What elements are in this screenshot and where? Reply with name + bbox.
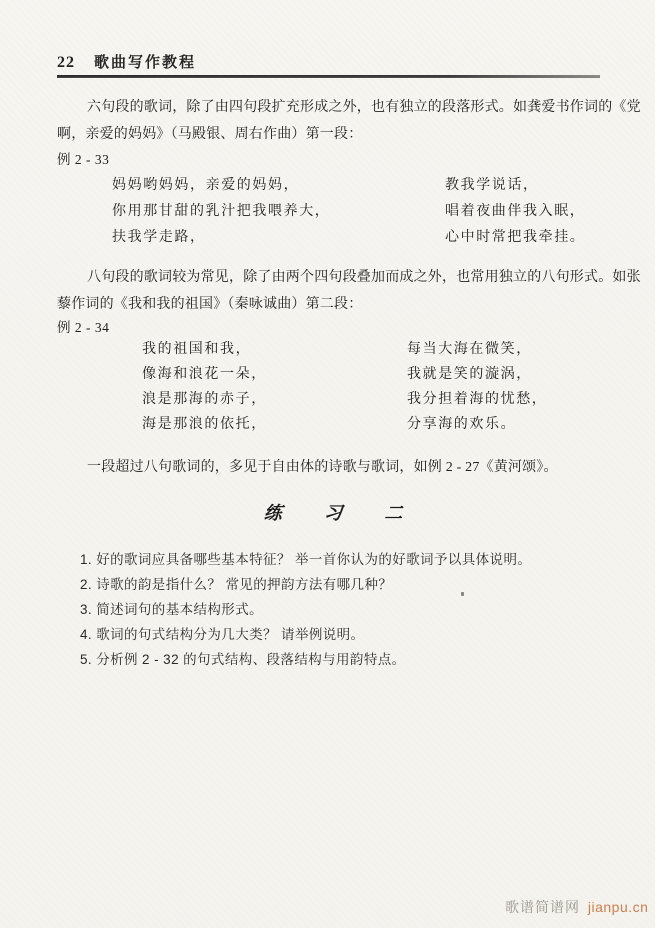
watermark-site-url: jianpu.cn (588, 899, 649, 915)
lyric-line: 海是那浪的依托， (142, 413, 267, 437)
lyric-line: 我分担着海的忧愁， (407, 388, 547, 412)
exercise-heading-wrap: 练习二 (57, 499, 610, 523)
exercise-item-2: 2. 诗歌的韵是指什么？ 常见的押韵方法有哪几种？ (80, 572, 610, 597)
exercise-item-4: 4. 歌词的句式结构分为几大类？ 请举例说明。 (80, 622, 610, 647)
lyric-row: 浪是那海的赤子， 我分担着海的忧愁， (57, 388, 610, 413)
lyric-line: 像海和浪花一朵， (142, 363, 267, 387)
lyric-line: 扶我学走路， (112, 226, 206, 250)
lyric-line: 教我学说话， (445, 174, 539, 198)
eight-line-paragraph-line-2: 藜作词的《我和我的祖国》（秦咏诚曲）第二段： (57, 291, 610, 318)
lyric-row: 你用那甘甜的乳汁把我喂养大， 唱着夜曲伴我入眠， (57, 200, 610, 226)
lyric-line: 浪是那海的赤子， (142, 388, 267, 412)
example-label-2-34: 例 2 - 34 (57, 318, 610, 338)
lyric-line: 我的祖国和我， (142, 338, 251, 362)
lyric-line: 我就是笑的漩涡， (407, 363, 532, 387)
exercise-heading: 练习二 (263, 499, 446, 525)
page-header: 22 歌曲写作教程 (57, 51, 610, 73)
lyric-line: 唱着夜曲伴我入眠， (445, 200, 585, 224)
exercise-item-5: 5. 分析例 2 - 32 的句式结构、段落结构与用韵特点。 (80, 647, 610, 672)
lyric-row: 扶我学走路， 心中时常把我牵挂。 (57, 226, 610, 252)
lyric-row: 我的祖国和我， 每当大海在微笑， (57, 338, 610, 363)
lyric-line: 每当大海在微笑， (407, 338, 532, 362)
lyrics-example-2-33: 妈妈哟妈妈，亲爱的妈妈， 教我学说话， 你用那甘甜的乳汁把我喂养大， 唱着夜曲伴… (57, 174, 610, 252)
scan-speck (461, 592, 464, 596)
lyric-row: 像海和浪花一朵， 我就是笑的漩涡， (57, 363, 610, 388)
example-label-2-33: 例 2 - 33 (57, 150, 610, 170)
exercise-item-3: 3. 简述词句的基本结构形式。 (80, 597, 610, 622)
lyric-line: 你用那甘甜的乳汁把我喂养大， (112, 200, 330, 224)
watermark-site-name: 歌谱简谱网 (505, 899, 580, 915)
six-line-paragraph-line-2: 啊，亲爱的妈妈》（马殿银、周右作曲）第一段： (57, 121, 610, 148)
exercise-list: 1. 好的歌词应具备哪些基本特征？ 举一首你认为的好歌词予以具体说明。 2. 诗… (57, 547, 610, 672)
exercise-item-1: 1. 好的歌词应具备哪些基本特征？ 举一首你认为的好歌词予以具体说明。 (80, 547, 610, 572)
lyric-line: 妈妈哟妈妈，亲爱的妈妈， (112, 174, 299, 198)
lyric-row: 妈妈哟妈妈，亲爱的妈妈， 教我学说话， (57, 174, 610, 200)
lyric-line: 心中时常把我牵挂。 (445, 226, 585, 250)
header-rule (57, 75, 600, 78)
site-watermark: 歌谱简谱网 jianpu.cn (505, 897, 648, 917)
lyric-line: 分享海的欢乐。 (407, 413, 516, 437)
lyric-row: 海是那浪的依托， 分享海的欢乐。 (57, 413, 610, 438)
book-page: 22 歌曲写作教程 六句段的歌词，除了由四句段扩充形成之外，也有独立的段落形式。… (0, 0, 655, 928)
lyrics-example-2-34: 我的祖国和我， 每当大海在微笑， 像海和浪花一朵， 我就是笑的漩涡， 浪是那海的… (57, 338, 610, 438)
six-line-paragraph-line-1: 六句段的歌词，除了由四句段扩充形成之外，也有独立的段落形式。如龚爱书作词的《党 (57, 94, 610, 121)
book-title: 歌曲写作教程 (94, 51, 196, 72)
eight-line-paragraph-line-1: 八句段的歌词较为常见，除了由两个四句段叠加而成之外，也常用独立的八句形式。如张 (57, 264, 610, 291)
over-eight-note: 一段超过八句歌词的，多见于自由体的诗歌与歌词，如例 2 - 27《黄河颂》。 (57, 454, 610, 481)
page-number: 22 (57, 54, 75, 72)
